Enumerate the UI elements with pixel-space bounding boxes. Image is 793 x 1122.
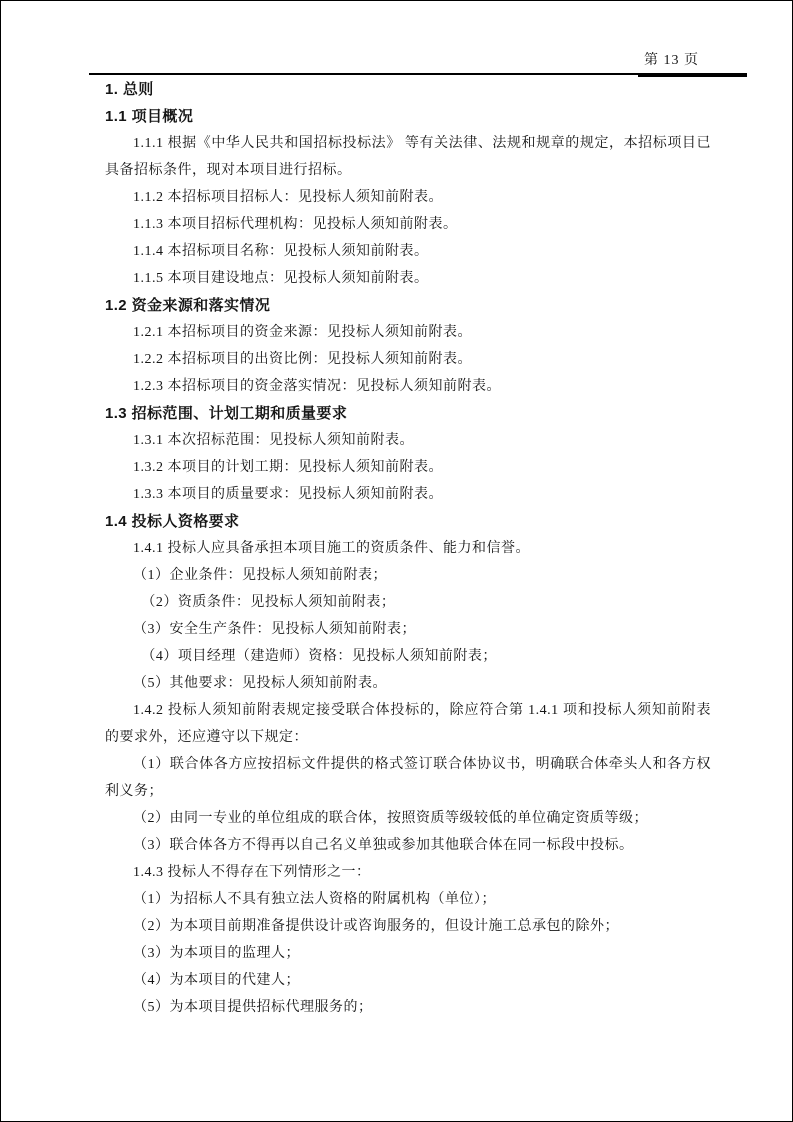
clause-1-1-2: 1.1.2 本招标项目招标人：见投标人须知前附表。 [105, 184, 711, 211]
list-item-1-4-1-4: （4）项目经理（建造师）资格：见投标人须知前附表； [105, 643, 711, 670]
list-item-1-4-1-5: （5）其他要求：见投标人须知前附表。 [105, 670, 711, 697]
list-item-1-4-1-2: （2）资质条件：见投标人须知前附表； [105, 589, 711, 616]
list-item-1-4-1-3: （3）安全生产条件：见投标人须知前附表； [105, 616, 711, 643]
clause-1-2-3: 1.2.3 本招标项目的资金落实情况：见投标人须知前附表。 [105, 373, 711, 400]
clause-1-3-3: 1.3.3 本项目的质量要求：见投标人须知前附表。 [105, 481, 711, 508]
clause-1-1-5: 1.1.5 本项目建设地点：见投标人须知前附表。 [105, 265, 711, 292]
clause-1-3-1: 1.3.1 本次招标范围：见投标人须知前附表。 [105, 427, 711, 454]
list-item-1-4-2-2: （2）由同一专业的单位组成的联合体，按照资质等级较低的单位确定资质等级； [105, 805, 711, 832]
clause-1-2-1: 1.2.1 本招标项目的资金来源：见投标人须知前附表。 [105, 319, 711, 346]
list-item-1-4-3-5: （5）为本项目提供招标代理服务的； [105, 994, 711, 1021]
clause-1-1-1: 1.1.1 根据《中华人民共和国招标投标法》 等有关法律、法规和规章的规定，本招… [105, 130, 711, 184]
heading-1-4-bidder-qualifications: 1.4 投标人资格要求 [105, 508, 711, 535]
page-number: 第 13 页 [638, 49, 747, 77]
clause-1-4-2: 1.4.2 投标人须知前附表规定接受联合体投标的，除应符合第 1.4.1 项和投… [105, 697, 711, 751]
list-item-1-4-3-1: （1）为招标人不具有独立法人资格的附属机构（单位）； [105, 886, 711, 913]
clause-1-2-2: 1.2.2 本招标项目的出资比例：见投标人须知前附表。 [105, 346, 711, 373]
clause-1-1-3: 1.1.3 本项目招标代理机构：见投标人须知前附表。 [105, 211, 711, 238]
list-item-1-4-3-2: （2）为本项目前期准备提供设计或咨询服务的，但设计施工总承包的除外； [105, 913, 711, 940]
clause-1-4-1: 1.4.1 投标人应具备承担本项目施工的资质条件、能力和信誉。 [105, 535, 711, 562]
document-page: 第 13 页 1. 总则1.1 项目概况1.1.1 根据《中华人民共和国招标投标… [0, 0, 793, 1122]
list-item-1-4-2-1: （1）联合体各方应按招标文件提供的格式签订联合体协议书，明确联合体牵头人和各方权… [105, 751, 711, 805]
list-item-1-4-3-4: （4）为本项目的代建人； [105, 967, 711, 994]
clause-1-1-4: 1.1.4 本招标项目名称：见投标人须知前附表。 [105, 238, 711, 265]
list-item-1-4-3-3: （3）为本项目的监理人； [105, 940, 711, 967]
heading-1-3-scope-schedule-quality: 1.3 招标范围、计划工期和质量要求 [105, 400, 711, 427]
heading-1-1-project-overview: 1.1 项目概况 [105, 103, 711, 130]
clause-1-3-2: 1.3.2 本项目的计划工期：见投标人须知前附表。 [105, 454, 711, 481]
document-body: 1. 总则1.1 项目概况1.1.1 根据《中华人民共和国招标投标法》 等有关法… [105, 76, 711, 1021]
page-header: 第 13 页 [1, 1, 792, 77]
list-item-1-4-1-1: （1）企业条件：见投标人须知前附表； [105, 562, 711, 589]
list-item-1-4-2-3: （3）联合体各方不得再以自己名义单独或参加其他联合体在同一标段中投标。 [105, 832, 711, 859]
clause-1-4-3: 1.4.3 投标人不得存在下列情形之一： [105, 859, 711, 886]
heading-1-2-funding: 1.2 资金来源和落实情况 [105, 292, 711, 319]
heading-general-rules: 1. 总则 [105, 76, 711, 103]
